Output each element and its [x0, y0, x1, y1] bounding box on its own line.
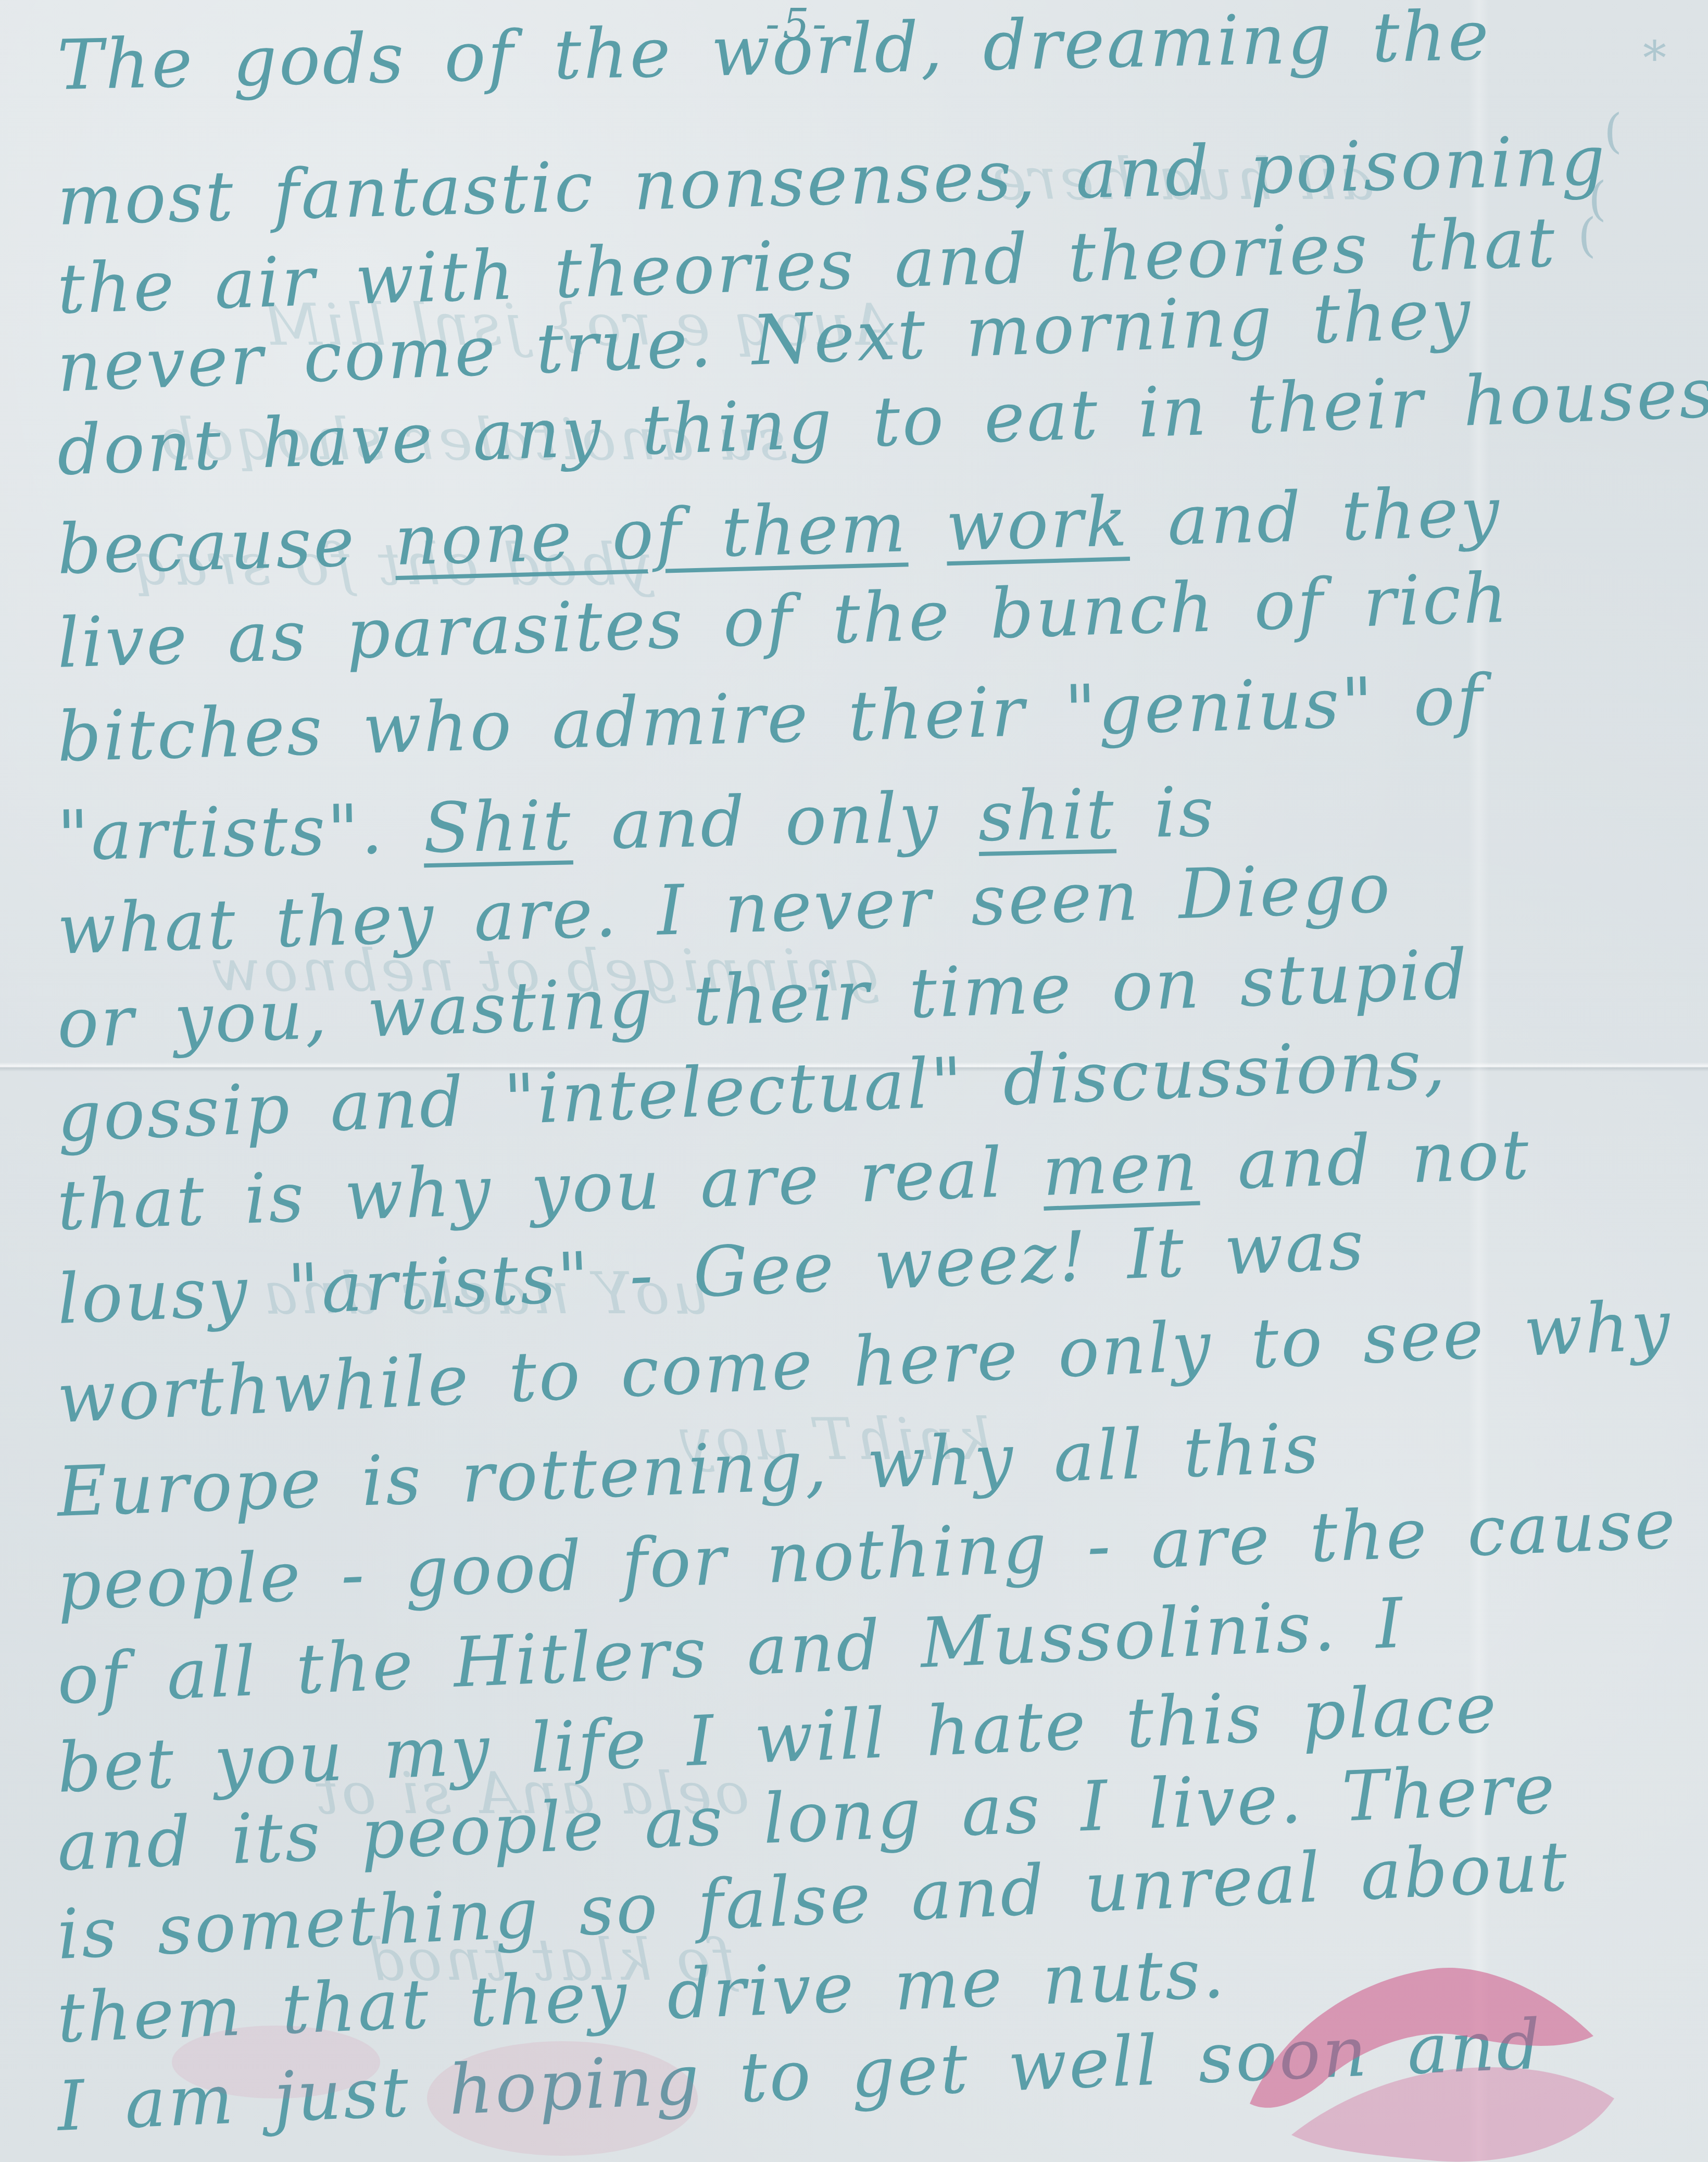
line-6-text-b: and they: [1128, 472, 1502, 562]
line-9-text-b: and only: [572, 777, 979, 865]
line-9-text-a: "artists".: [56, 788, 424, 876]
asterisk-mark: *: [1643, 31, 1666, 86]
letter-line-1: The gods of the world, dreaming the: [57, 1, 1492, 100]
underlined-men: men: [1041, 1126, 1200, 1211]
letter-line-8: bitches who admire their "genius" of: [56, 665, 1485, 772]
paren-mark: (: [1578, 208, 1596, 263]
faint-lipstick-smear: [156, 1979, 781, 2162]
underlined-shit-1: Shit: [422, 785, 573, 869]
line-9-text-c: is: [1115, 772, 1216, 854]
letter-line-9: "artists". Shit and only shit is: [57, 777, 1216, 871]
underlined-work: work: [945, 482, 1130, 567]
line-6-space: [907, 486, 947, 568]
line-6-text-a: because: [56, 501, 396, 590]
underlined-none-of-them: none of them: [394, 487, 909, 581]
underlined-shit-2: shit: [977, 774, 1116, 857]
letter-page: ail hua here Auoq e ro} jsnl lliM su ano…: [0, 0, 1708, 2162]
lipstick-kiss-icon: [1219, 1947, 1656, 2162]
line-13-text-b: and not: [1197, 1114, 1532, 1206]
